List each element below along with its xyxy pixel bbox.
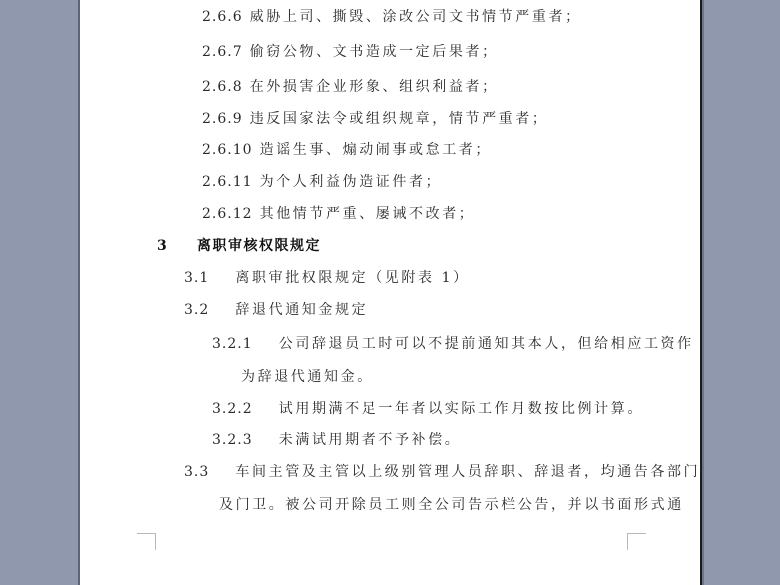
list-item-2-6-10: 2.6.10 造谣生事、煽动闹事或怠工者； <box>202 141 492 159</box>
section-number: 3 <box>157 238 168 254</box>
list-item-3-2-3: 3.2.3 未满试用期者不予补偿。 <box>212 431 461 449</box>
item-number: 2.6.11 <box>202 173 253 191</box>
list-item-2-6-8: 2.6.8 在外损害企业形象、组织利益者； <box>202 78 499 96</box>
item-text-continued: 及门卫。被公司开除员工则全公司告示栏公告，并以书面形式通 <box>219 497 684 513</box>
item-text: 偷窃公物、文书造成一定后果者； <box>250 44 499 60</box>
item-text: 未满试用期者不予补偿。 <box>279 432 462 448</box>
list-item-2-6-9: 2.6.9 违反国家法令或组织规章，情节严重者； <box>202 110 549 128</box>
item-text: 公司辞退员工时可以不提前通知其本人，但给相应工资作 <box>279 336 694 352</box>
item-number: 2.6.9 <box>202 110 243 128</box>
list-item-3-3-continued: 及门卫。被公司开除员工则全公司告示栏公告，并以书面形式通 <box>219 496 684 514</box>
margin-corner-mark-right <box>627 533 646 550</box>
item-number: 3.2.2 <box>212 400 253 418</box>
item-text: 威胁上司、撕毁、涂改公司文书情节严重者； <box>250 9 582 25</box>
list-item-3-3: 3.3 车间主管及主管以上级别管理人员辞职、辞退者，均通告各部门 <box>184 463 700 481</box>
list-item-3-2-1: 3.2.1 公司辞退员工时可以不提前通知其本人，但给相应工资作 <box>212 335 694 353</box>
list-item-2-6-11: 2.6.11 为个人利益伪造证件者； <box>202 173 442 191</box>
item-number: 3.3 <box>184 463 209 481</box>
item-number: 2.6.6 <box>202 8 243 26</box>
item-number: 3.2.1 <box>212 335 253 353</box>
item-number: 2.6.12 <box>202 205 253 223</box>
list-item-3-1: 3.1 离职审批权限规定（见附表 1） <box>184 269 470 287</box>
item-text: 试用期满不足一年者以实际工作月数按比例计算。 <box>279 401 644 417</box>
section-title: 离职审核权限规定 <box>197 238 321 254</box>
item-text-continued: 为辞退代通知金。 <box>241 369 374 385</box>
margin-corner-mark-left <box>137 533 156 550</box>
item-number: 3.2 <box>184 301 209 319</box>
item-number: 2.6.8 <box>202 78 243 96</box>
item-number: 2.6.7 <box>202 43 243 61</box>
list-item-3-2: 3.2 辞退代通知金规定 <box>184 301 368 319</box>
item-text: 车间主管及主管以上级别管理人员辞职、辞退者，均通告各部门 <box>235 464 700 480</box>
item-text: 在外损害企业形象、组织利益者； <box>250 79 499 95</box>
item-text: 离职审批权限规定（见附表 1） <box>235 270 469 286</box>
item-number: 3.1 <box>184 269 209 287</box>
list-item-3-2-1-continued: 为辞退代通知金。 <box>241 368 374 386</box>
item-number: 3.2.3 <box>212 431 253 449</box>
item-text: 其他情节严重、屡诫不改者； <box>260 206 476 222</box>
page-right-shadow <box>702 0 704 585</box>
item-text: 造谣生事、煽动闹事或怠工者； <box>260 142 492 158</box>
section-heading-3: 3 离职审核权限规定 <box>157 237 321 255</box>
item-text: 辞退代通知金规定 <box>235 302 368 318</box>
list-item-2-6-12: 2.6.12 其他情节严重、屡诫不改者； <box>202 205 475 223</box>
list-item-2-6-7: 2.6.7 偷窃公物、文书造成一定后果者； <box>202 43 499 61</box>
item-number: 2.6.10 <box>202 141 253 159</box>
item-text: 违反国家法令或组织规章，情节严重者； <box>250 111 549 127</box>
item-text: 为个人利益伪造证件者； <box>260 174 443 190</box>
list-item-2-6-6: 2.6.6 威胁上司、撕毁、涂改公司文书情节严重者； <box>202 8 582 26</box>
list-item-3-2-2: 3.2.2 试用期满不足一年者以实际工作月数按比例计算。 <box>212 400 644 418</box>
